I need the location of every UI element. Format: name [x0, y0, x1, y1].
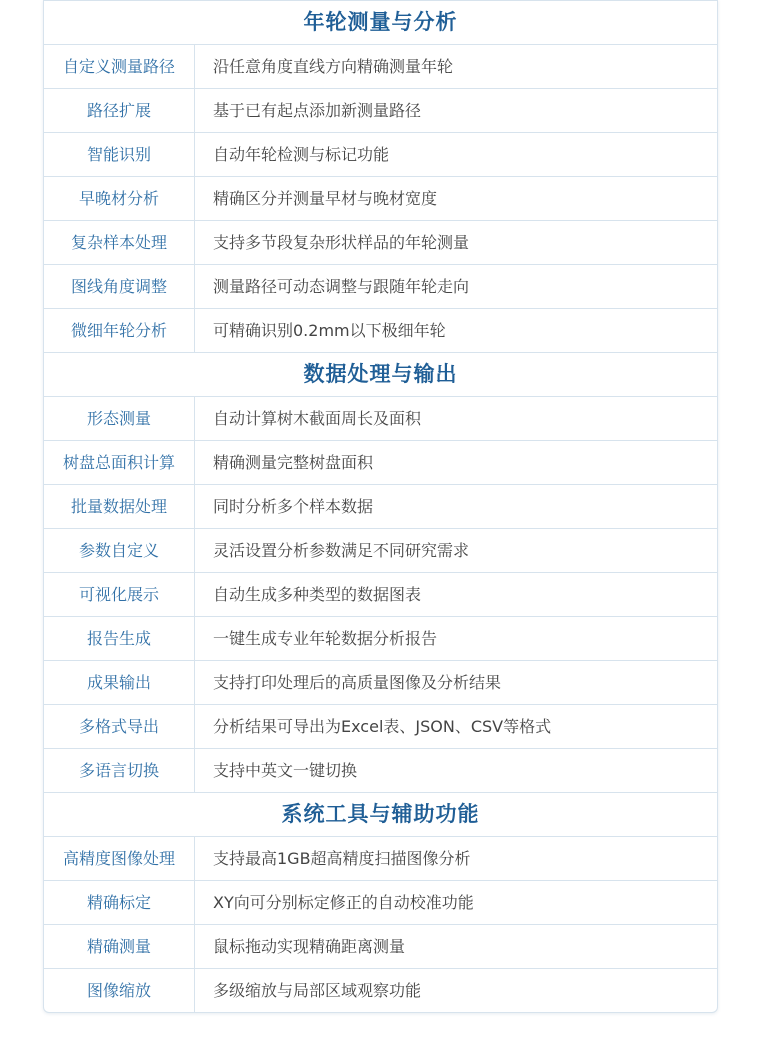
- table-row: 批量数据处理 同时分析多个样本数据: [44, 485, 717, 529]
- feature-description: 鼠标拖动实现精确距离测量: [195, 925, 717, 968]
- feature-name: 批量数据处理: [44, 485, 195, 528]
- feature-name: 成果输出: [44, 661, 195, 704]
- table-row: 可视化展示 自动生成多种类型的数据图表: [44, 573, 717, 617]
- feature-name: 参数自定义: [44, 529, 195, 572]
- feature-name: 路径扩展: [44, 89, 195, 132]
- feature-description: 自动生成多种类型的数据图表: [195, 573, 717, 616]
- feature-description: 自动计算树木截面周长及面积: [195, 397, 717, 440]
- feature-description: 支持多节段复杂形状样品的年轮测量: [195, 221, 717, 264]
- feature-name: 图线角度调整: [44, 265, 195, 308]
- table-row: 树盘总面积计算 精确测量完整树盘面积: [44, 441, 717, 485]
- feature-description: 一键生成专业年轮数据分析报告: [195, 617, 717, 660]
- feature-name: 高精度图像处理: [44, 837, 195, 880]
- table-row: 微细年轮分析 可精确识别0.2mm以下极细年轮: [44, 309, 717, 353]
- feature-name: 复杂样本处理: [44, 221, 195, 264]
- section-header-ring-measurement: 年轮测量与分析: [44, 1, 717, 45]
- feature-description: 测量路径可动态调整与跟随年轮走向: [195, 265, 717, 308]
- table-row: 路径扩展 基于已有起点添加新测量路径: [44, 89, 717, 133]
- feature-name: 报告生成: [44, 617, 195, 660]
- table-row: 参数自定义 灵活设置分析参数满足不同研究需求: [44, 529, 717, 573]
- feature-description: 支持打印处理后的高质量图像及分析结果: [195, 661, 717, 704]
- feature-description: 支持中英文一键切换: [195, 749, 717, 792]
- feature-description: 自动年轮检测与标记功能: [195, 133, 717, 176]
- feature-description: 多级缩放与局部区域观察功能: [195, 969, 717, 1012]
- feature-name: 精确标定: [44, 881, 195, 924]
- feature-name: 树盘总面积计算: [44, 441, 195, 484]
- table-row: 报告生成 一键生成专业年轮数据分析报告: [44, 617, 717, 661]
- feature-name: 多格式导出: [44, 705, 195, 748]
- feature-description: 分析结果可导出为Excel表、JSON、CSV等格式: [195, 705, 717, 748]
- feature-description: 精确测量完整树盘面积: [195, 441, 717, 484]
- table-row: 复杂样本处理 支持多节段复杂形状样品的年轮测量: [44, 221, 717, 265]
- table-row: 成果输出 支持打印处理后的高质量图像及分析结果: [44, 661, 717, 705]
- feature-name: 智能识别: [44, 133, 195, 176]
- feature-description: 沿任意角度直线方向精确测量年轮: [195, 45, 717, 88]
- table-row: 智能识别 自动年轮检测与标记功能: [44, 133, 717, 177]
- feature-name: 多语言切换: [44, 749, 195, 792]
- feature-name: 可视化展示: [44, 573, 195, 616]
- feature-description: 灵活设置分析参数满足不同研究需求: [195, 529, 717, 572]
- feature-description: 基于已有起点添加新测量路径: [195, 89, 717, 132]
- feature-name: 图像缩放: [44, 969, 195, 1012]
- feature-description: 同时分析多个样本数据: [195, 485, 717, 528]
- feature-name: 早晚材分析: [44, 177, 195, 220]
- feature-description: XY向可分别标定修正的自动校准功能: [195, 881, 717, 924]
- table-row: 图像缩放 多级缩放与局部区域观察功能: [44, 969, 717, 1012]
- feature-table: 年轮测量与分析 自定义测量路径 沿任意角度直线方向精确测量年轮 路径扩展 基于已…: [43, 0, 718, 1013]
- table-row: 多语言切换 支持中英文一键切换: [44, 749, 717, 793]
- section-header-data-processing: 数据处理与输出: [44, 353, 717, 397]
- table-row: 自定义测量路径 沿任意角度直线方向精确测量年轮: [44, 45, 717, 89]
- feature-name: 精确测量: [44, 925, 195, 968]
- section-header-system-tools: 系统工具与辅助功能: [44, 793, 717, 837]
- feature-description: 支持最高1GB超高精度扫描图像分析: [195, 837, 717, 880]
- feature-name: 形态测量: [44, 397, 195, 440]
- feature-name: 微细年轮分析: [44, 309, 195, 352]
- table-row: 高精度图像处理 支持最高1GB超高精度扫描图像分析: [44, 837, 717, 881]
- table-row: 形态测量 自动计算树木截面周长及面积: [44, 397, 717, 441]
- table-row: 早晚材分析 精确区分并测量早材与晚材宽度: [44, 177, 717, 221]
- table-row: 精确标定 XY向可分别标定修正的自动校准功能: [44, 881, 717, 925]
- feature-description: 精确区分并测量早材与晚材宽度: [195, 177, 717, 220]
- table-row: 多格式导出 分析结果可导出为Excel表、JSON、CSV等格式: [44, 705, 717, 749]
- feature-description: 可精确识别0.2mm以下极细年轮: [195, 309, 717, 352]
- table-row: 精确测量 鼠标拖动实现精确距离测量: [44, 925, 717, 969]
- feature-name: 自定义测量路径: [44, 45, 195, 88]
- table-row: 图线角度调整 测量路径可动态调整与跟随年轮走向: [44, 265, 717, 309]
